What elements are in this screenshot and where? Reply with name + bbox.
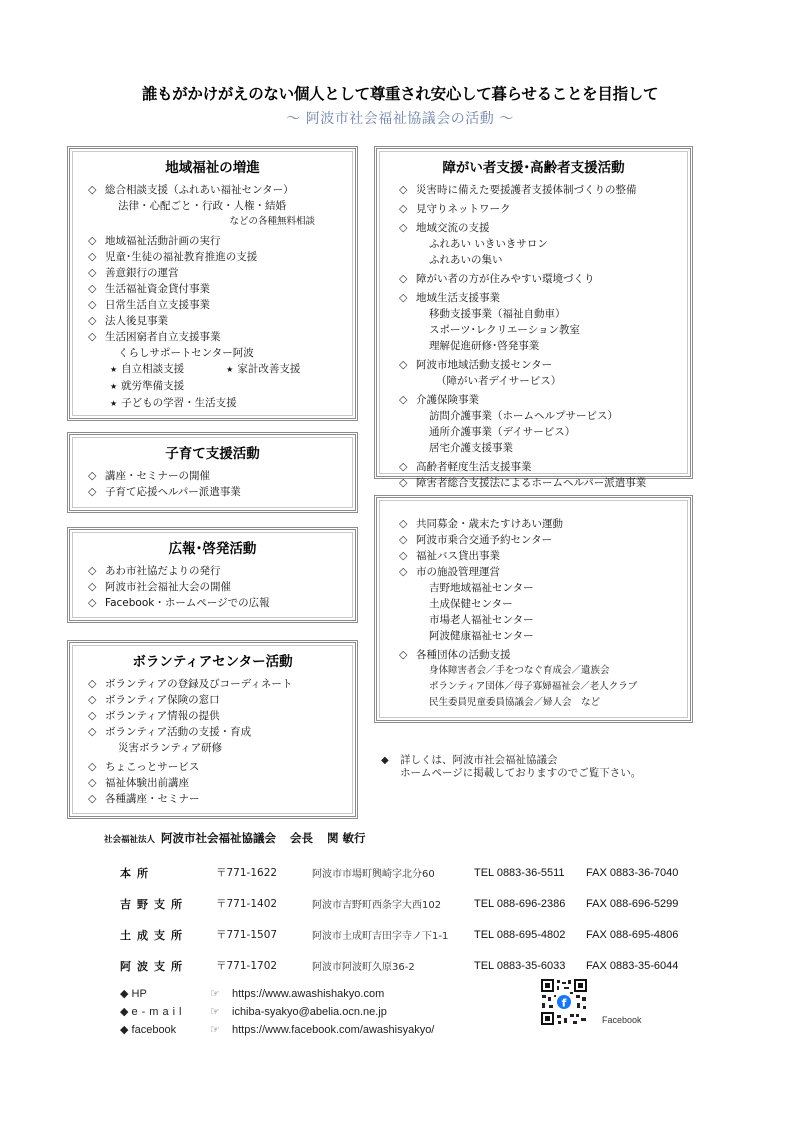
list-item: ◇あわ市社協だよりの発行 (88, 563, 355, 579)
diamond-bullet-icon: ◇ (399, 548, 407, 564)
list-item: ◇障害者総合支援法によるホームヘルパー派遣事業 (399, 475, 690, 491)
subtitle: ～ 阿波市社会福祉協議会の活動 ～ (0, 108, 800, 128)
office-row: 本所 〒771-1622 阿波市市場町興崎字北分60 TEL 0883-36-5… (120, 857, 678, 888)
headline: 誰もがかけがえのない個人として尊重され安心して暮らせることを目指して (0, 82, 800, 104)
svg-text:f: f (562, 997, 567, 1010)
diamond-filled-icon: ◆ (120, 1024, 128, 1036)
list-item: ◇市の施設管理運営 吉野地域福祉センター 土成保健センター 市場老人福祉センター… (399, 564, 690, 644)
diamond-bullet-icon: ◇ (399, 516, 407, 532)
list-item: ◇ちょこっとサービス (88, 759, 355, 775)
section-title: 子育て支援活動 (70, 442, 355, 462)
list-item: ◇善意銀行の運営 (88, 265, 355, 281)
list-item: ◇高齢者軽度生活支援事業 (399, 459, 690, 475)
list-item: ◇ボランティア情報の提供 (88, 708, 355, 724)
diamond-bullet-icon: ◇ (88, 297, 96, 313)
section-title: 地域福祉の増進 (70, 156, 355, 176)
diamond-bullet-icon: ◇ (399, 459, 407, 475)
pointing-hand-icon: ☞ (210, 1003, 232, 1021)
diamond-bullet-icon: ◇ (88, 791, 96, 807)
diamond-bullet-icon: ◇ (88, 249, 96, 265)
section-public-relations: 広報･啓発活動 ◇あわ市社協だよりの発行 ◇阿波市社会福祉大会の開催 ◇Face… (67, 527, 358, 623)
list-item: ◇介護保険事業 訪問介護事業（ホームヘルプサービス） 通所介護事業（デイサービス… (399, 392, 690, 456)
diamond-bullet-icon: ◇ (399, 201, 407, 217)
item-list: ◇あわ市社協だよりの発行 ◇阿波市社会福祉大会の開催 ◇Facebook・ホーム… (70, 563, 355, 611)
facebook-link[interactable]: https://www.facebook.com/awashisyakyo/ (232, 1021, 434, 1039)
corp-type: 社会福祉法人 (104, 835, 155, 845)
diamond-bullet-icon: ◇ (88, 182, 96, 198)
email-link[interactable]: ichiba-syakyo@abelia.ocn.ne.jp (232, 1003, 387, 1021)
item-list: ◇ボランティアの登録及びコーディネート ◇ボランティア保険の窓口 ◇ボランティア… (70, 676, 355, 807)
diamond-bullet-icon: ◇ (88, 775, 96, 791)
list-item: ◇地域交流の支援 ふれあい いきいきサロン ふれあいの集い (399, 220, 690, 268)
star-icon: ★ (110, 365, 117, 374)
diamond-bullet-icon: ◇ (88, 484, 96, 500)
diamond-bullet-icon: ◇ (88, 563, 96, 579)
pointing-hand-icon: ☞ (210, 985, 232, 1003)
diamond-bullet-icon: ◇ (88, 708, 96, 724)
diamond-bullet-icon: ◇ (399, 532, 407, 548)
office-row: 土成支所 〒771-1507 阿波市土成町吉田字寺ノ下1-1 TEL 088-6… (120, 919, 678, 950)
contact-links: ◆ HP ☞ https://www.awashishakyo.com ◆ e-… (120, 985, 434, 1039)
list-item: ◇障がい者の方が住みやすい環境づくり (399, 271, 690, 287)
list-item: ◇阿波市地域活動支援センター （障がい者デイサービス） (399, 357, 690, 389)
star-icon: ★ (110, 382, 117, 391)
link-row-email: ◆ e-mail ☞ ichiba-syakyo@abelia.ocn.ne.j… (120, 1003, 434, 1021)
diamond-filled-icon: ◆ (381, 754, 389, 767)
diamond-filled-icon: ◆ (120, 1006, 128, 1018)
diamond-bullet-icon: ◇ (88, 579, 96, 595)
diamond-bullet-icon: ◇ (399, 220, 407, 236)
org-name: 阿波市社会福祉協議会 (161, 831, 276, 845)
diamond-bullet-icon: ◇ (399, 290, 407, 306)
office-row: 吉野支所 〒771-1402 阿波市吉野町西条字大西102 TEL 088-69… (120, 888, 678, 919)
list-item: ◇阿波市社会福祉大会の開催 (88, 579, 355, 595)
list-item: ◇生活困窮者自立支援事業 くらしサポートセンター阿波 ★自立相談支援★家計改善支… (88, 329, 355, 412)
list-item: ◇福祉体験出前講座 (88, 775, 355, 791)
list-item: ◇日常生活自立支援事業 (88, 297, 355, 313)
diamond-bullet-icon: ◇ (88, 233, 96, 249)
list-item: ◇総合相談支援（ふれあい福祉センター） 法律・心配ごと・行政・人権・結婚 などの… (88, 182, 355, 230)
list-item: ◇阿波市乗合交通予約センター (399, 532, 690, 548)
list-item: ◇子育て応援ヘルパー派遣事業 (88, 484, 355, 500)
diamond-bullet-icon: ◇ (88, 468, 96, 484)
diamond-bullet-icon: ◇ (88, 724, 96, 740)
office-table: 本所 〒771-1622 阿波市市場町興崎字北分60 TEL 0883-36-5… (120, 857, 678, 981)
link-row-facebook: ◆ facebook ☞ https://www.facebook.com/aw… (120, 1021, 434, 1039)
details-note: ◆ 詳しくは、阿波市社会福祉協議会 ホームページに掲載しておりますのでご覧下さい… (381, 754, 641, 780)
diamond-bullet-icon: ◇ (88, 281, 96, 297)
item-list: ◇共同募金・歳末たすけあい運動 ◇阿波市乗合交通予約センター ◇福祉バス貸出事業… (377, 516, 690, 711)
diamond-bullet-icon: ◇ (399, 182, 407, 198)
diamond-bullet-icon: ◇ (399, 564, 407, 580)
diamond-bullet-icon: ◇ (399, 475, 407, 491)
list-item: ◇講座・セミナーの開催 (88, 468, 355, 484)
diamond-bullet-icon: ◇ (88, 692, 96, 708)
list-item: ◇ボランティア活動の支援・育成 災害ボランティア研修 (88, 724, 355, 756)
list-item: ◇ボランティアの登録及びコーディネート (88, 676, 355, 692)
office-row: 阿波支所 〒771-1702 阿波市阿波町久原36-2 TEL 0883-35-… (120, 950, 678, 981)
diamond-bullet-icon: ◇ (88, 313, 96, 329)
list-item: ◇見守りネットワーク (399, 201, 690, 217)
list-item: ◇共同募金・歳末たすけあい運動 (399, 516, 690, 532)
diamond-bullet-icon: ◇ (88, 595, 96, 611)
list-item: ◇ボランティア保険の窓口 (88, 692, 355, 708)
homepage-link[interactable]: https://www.awashishakyo.com (232, 985, 384, 1003)
list-item: ◇福祉バス貸出事業 (399, 548, 690, 564)
section-disability-elderly-support: 障がい者支援･高齢者支援活動 ◇災害時に備えた要援護者支援体制づくりの整備 ◇見… (374, 146, 693, 479)
star-icon: ★ (226, 365, 233, 374)
list-item: ◇各種団体の活動支援 身体障害者会／手をつなぐ育成会／遺族会 ボランティア団体／… (399, 647, 690, 711)
section-title: ボランティアセンター活動 (70, 650, 355, 670)
list-item: ◇災害時に備えた要援護者支援体制づくりの整備 (399, 182, 690, 198)
section-childcare: 子育て支援活動 ◇講座・セミナーの開催 ◇子育て応援ヘルパー派遣事業 (67, 432, 358, 513)
section-other-activities: ◇共同募金・歳末たすけあい運動 ◇阿波市乗合交通予約センター ◇福祉バス貸出事業… (374, 495, 693, 723)
pointing-hand-icon: ☞ (210, 1021, 232, 1039)
list-item: ◇各種講座・セミナー (88, 791, 355, 807)
diamond-bullet-icon: ◇ (88, 265, 96, 281)
qr-label: Facebook (602, 1015, 642, 1025)
section-volunteer-center: ボランティアセンター活動 ◇ボランティアの登録及びコーディネート ◇ボランティア… (67, 640, 358, 819)
president-name: 関 敏行 (327, 831, 366, 845)
president-role: 会長 (290, 831, 313, 845)
link-row-hp: ◆ HP ☞ https://www.awashishakyo.com (120, 985, 434, 1003)
item-list: ◇総合相談支援（ふれあい福祉センター） 法律・心配ごと・行政・人権・結婚 などの… (70, 182, 355, 412)
diamond-bullet-icon: ◇ (399, 647, 407, 663)
item-list: ◇講座・セミナーの開催 ◇子育て応援ヘルパー派遣事業 (70, 468, 355, 500)
list-item: ◇地域生活支援事業 移動支援事業（福祉自動車） スポーツ･レクリエーション教室 … (399, 290, 690, 354)
facebook-qr-icon[interactable]: f (540, 978, 588, 1026)
diamond-bullet-icon: ◇ (88, 676, 96, 692)
item-list: ◇災害時に備えた要援護者支援体制づくりの整備 ◇見守りネットワーク ◇地域交流の… (377, 182, 690, 491)
organization-line: 社会福祉法人阿波市社会福祉協議会会長関 敏行 (104, 830, 366, 846)
list-item: ◇児童･生徒の福祉教育推進の支援 (88, 249, 355, 265)
list-item: ◇地域福祉活動計画の実行 (88, 233, 355, 249)
section-title: 広報･啓発活動 (70, 537, 355, 557)
star-icon: ★ (110, 399, 117, 408)
list-item: ◇Facebook・ホームページでの広報 (88, 595, 355, 611)
diamond-bullet-icon: ◇ (399, 392, 407, 408)
diamond-bullet-icon: ◇ (88, 329, 96, 345)
section-community-welfare: 地域福祉の増進 ◇総合相談支援（ふれあい福祉センター） 法律・心配ごと・行政・人… (67, 146, 358, 421)
list-item: ◇生活福祉資金貸付事業 (88, 281, 355, 297)
diamond-filled-icon: ◆ (120, 988, 128, 1000)
diamond-bullet-icon: ◇ (88, 759, 96, 775)
section-title: 障がい者支援･高齢者支援活動 (377, 156, 690, 176)
list-item: ◇法人後見事業 (88, 313, 355, 329)
diamond-bullet-icon: ◇ (399, 271, 407, 287)
diamond-bullet-icon: ◇ (399, 357, 407, 373)
